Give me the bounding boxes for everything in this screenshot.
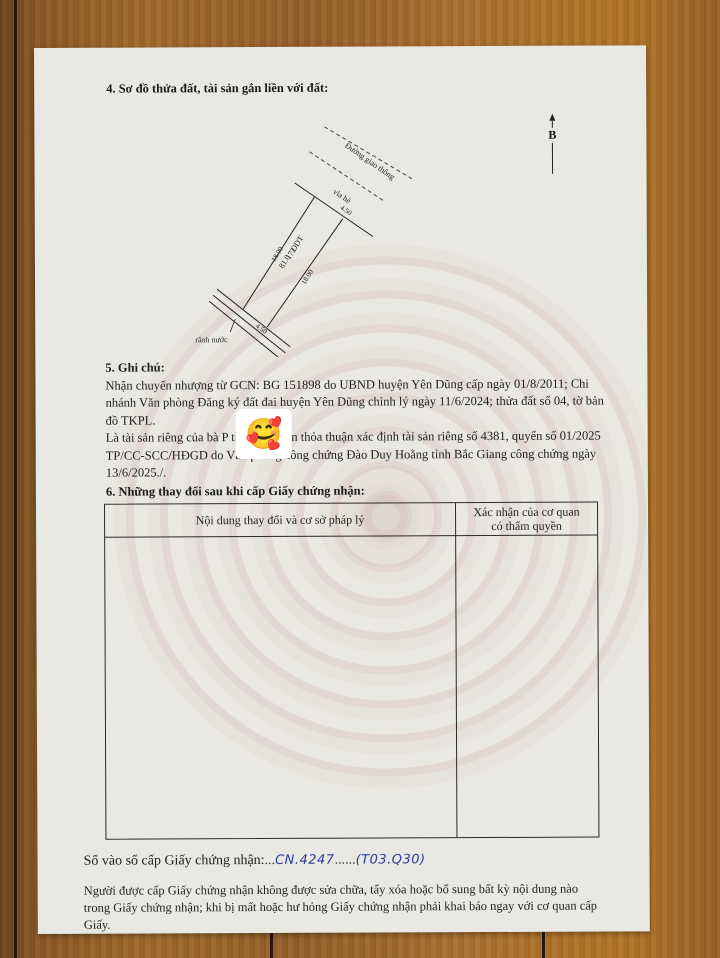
plank-gap: [14, 0, 17, 958]
smiling-face-with-hearts-icon: 🥰: [245, 416, 283, 451]
table-header-confirmation: Xác nhận của cơ quan có thẩm quyền: [456, 503, 597, 536]
plank-gap: [270, 930, 273, 958]
section-5-notes: 5. Ghi chú: Nhận chuyển nhượng từ GCN: B…: [105, 358, 606, 483]
land-certificate-page: 4. Sơ đồ thửa đất, tài sản gắn liền với …: [34, 45, 650, 934]
svg-text:rãnh nước: rãnh nước: [195, 335, 228, 344]
north-arrow: B: [542, 114, 562, 174]
svg-text:4.50: 4.50: [339, 204, 354, 218]
legal-notice: Người được cấp Giấy chứng nhận không đượ…: [84, 881, 604, 934]
north-arrow-icon: [542, 114, 562, 174]
registry-number-line: Số vào sổ cấp Giấy chứng nhận:...CN.4247…: [84, 852, 426, 869]
north-label: B: [548, 128, 556, 143]
header-line-2: có thẩm quyền: [473, 519, 579, 533]
plank-gap: [542, 930, 545, 958]
svg-text:18.00: 18.00: [300, 268, 315, 286]
registry-label: Số vào sổ cấp Giấy chứng nhận:: [84, 853, 265, 869]
parcel-sketch: Đường giao thông vỉa hè 4.50 18.00 18.00…: [194, 126, 415, 357]
note-paragraph-1: Nhận chuyển nhượng từ GCN: BG 151898 do …: [105, 375, 605, 430]
redaction-emoji-sticker: 🥰: [236, 409, 292, 459]
section-5-title: 5. Ghi chú:: [105, 358, 605, 378]
header-line-1: Xác nhận của cơ quan: [473, 505, 579, 519]
svg-text:vỉa hè: vỉa hè: [331, 187, 352, 206]
section-6-title: 6. Những thay đổi sau khi cấp Giấy chứng…: [106, 484, 365, 500]
registry-handwritten-suffix: (T03.Q30): [356, 852, 426, 867]
svg-text:Đường giao thông: Đường giao thông: [343, 141, 396, 182]
table-header-changes: Nội dung thay đổi và cơ sở pháp lý: [105, 503, 455, 537]
registry-handwritten-value: CN.4247: [275, 853, 335, 868]
changes-table: Nội dung thay đổi và cơ sở pháp lý Xác n…: [104, 502, 599, 840]
section-4-title: 4. Sơ đồ thửa đất, tài sản gắn liền với …: [106, 81, 328, 97]
table-column-divider: [455, 503, 457, 837]
note-paragraph-2: Là tài sản riêng của bà P theo Văn bản t…: [106, 428, 606, 483]
svg-text:4.50: 4.50: [254, 322, 269, 336]
